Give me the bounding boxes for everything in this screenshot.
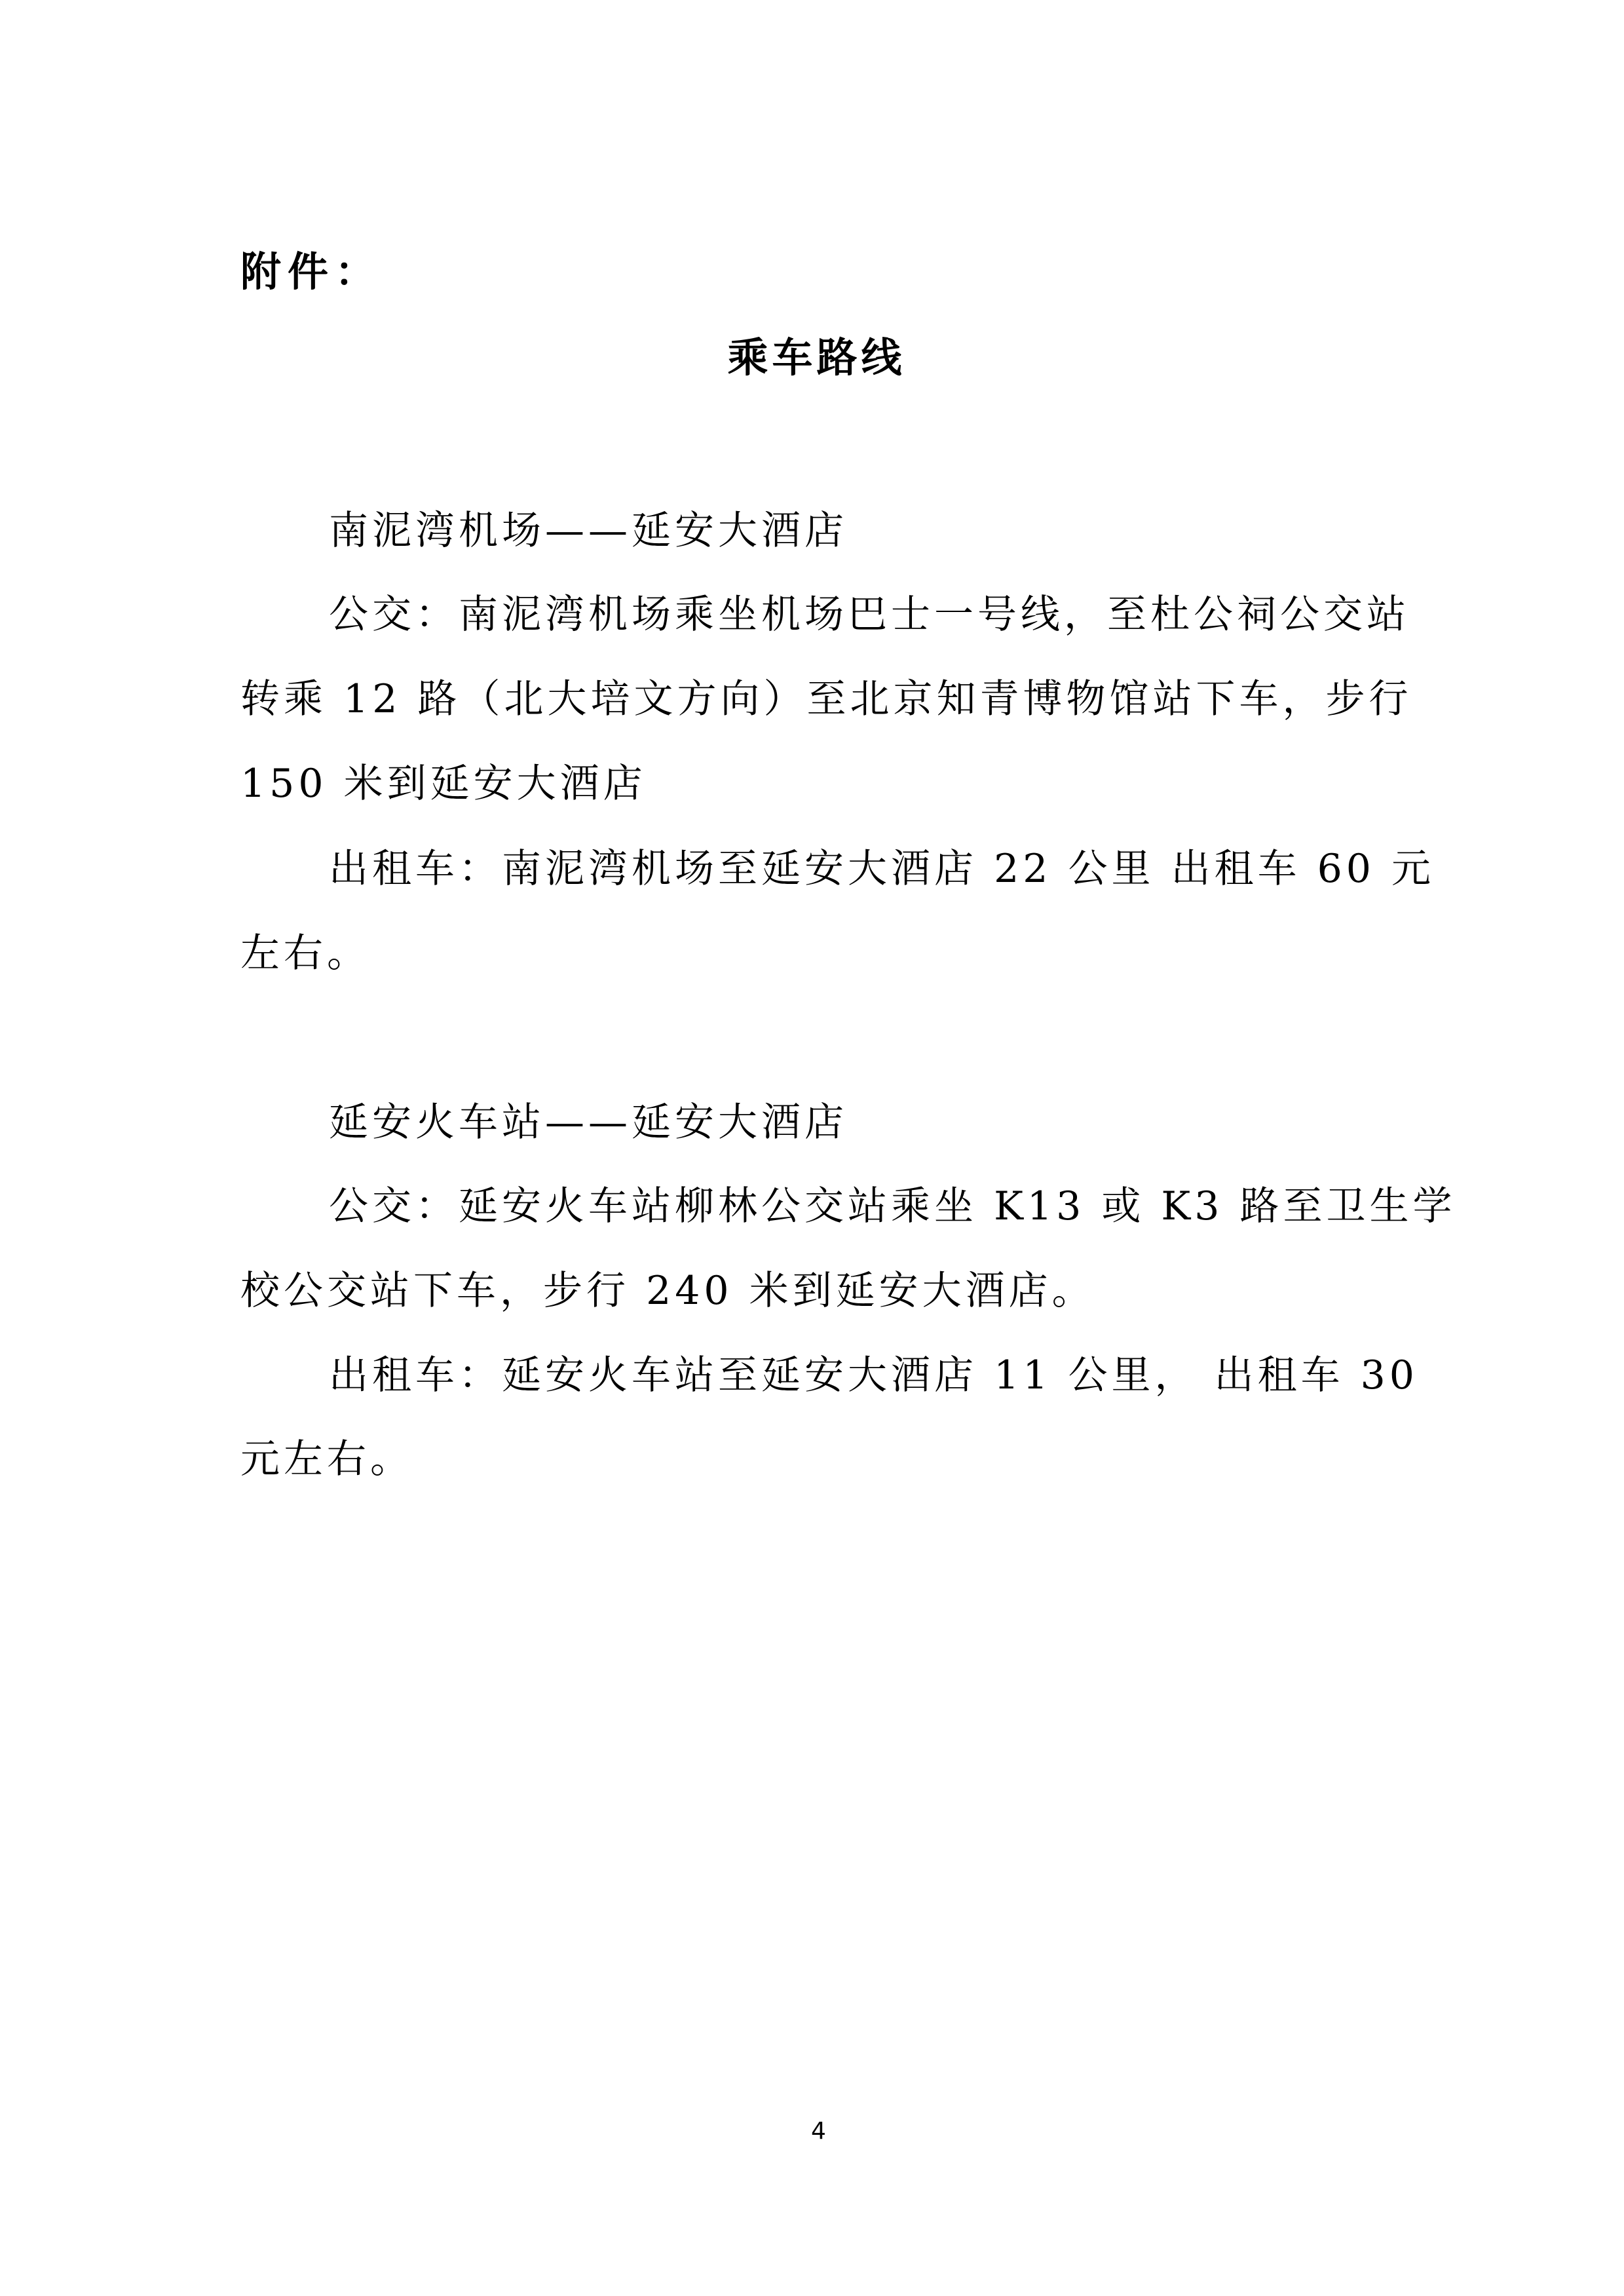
document-page: 附件： 乘车路线 南泥湾机场——延安大酒店 公交：南泥湾机场乘坐机场巴士一号线，…: [0, 0, 1624, 2296]
route-heading: 延安火车站——延安大酒店: [329, 1096, 1394, 1149]
taxi-instructions-line: 左右。: [240, 927, 1394, 980]
attachment-label: 附件：: [240, 246, 1394, 298]
taxi-instructions-line: 出租车：延安火车站至延安大酒店 11 公里， 出租车 30: [329, 1349, 1394, 1402]
bus-instructions-line: 转乘 12 路（北大培文方向）至北京知青博物馆站下车，步行: [240, 673, 1394, 725]
taxi-instructions-line: 出租车：南泥湾机场至延安大酒店 22 公里 出租车 60 元: [329, 843, 1394, 895]
taxi-instructions-line: 元左右。: [240, 1433, 1394, 1485]
bus-instructions-line: 公交：延安火车站柳林公交站乘坐 K13 或 K3 路至卫生学: [329, 1180, 1394, 1233]
bus-instructions-line: 150 米到延安大酒店: [240, 757, 1394, 810]
bus-instructions-line: 校公交站下车，步行 240 米到延安大酒店。: [240, 1265, 1394, 1317]
page-number: 4: [0, 2115, 1624, 2148]
route-heading: 南泥湾机场——延安大酒店: [329, 505, 1394, 557]
page-title: 乘车路线: [0, 332, 1624, 384]
bus-instructions-line: 公交：南泥湾机场乘坐机场巴士一号线，至杜公祠公交站: [329, 588, 1394, 641]
